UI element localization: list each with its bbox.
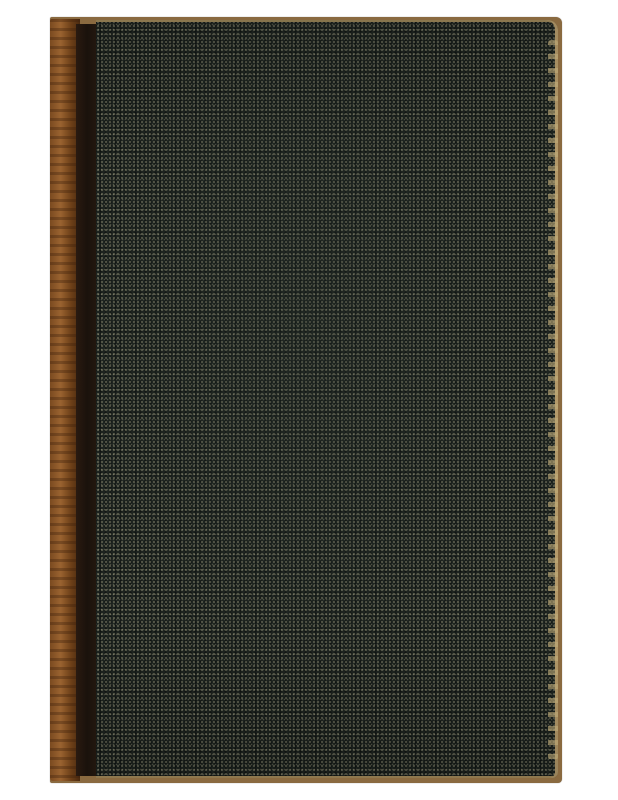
spine-dark-strip [76, 24, 98, 776]
cloth-cover-board [96, 20, 558, 778]
worn-edge [548, 40, 558, 760]
